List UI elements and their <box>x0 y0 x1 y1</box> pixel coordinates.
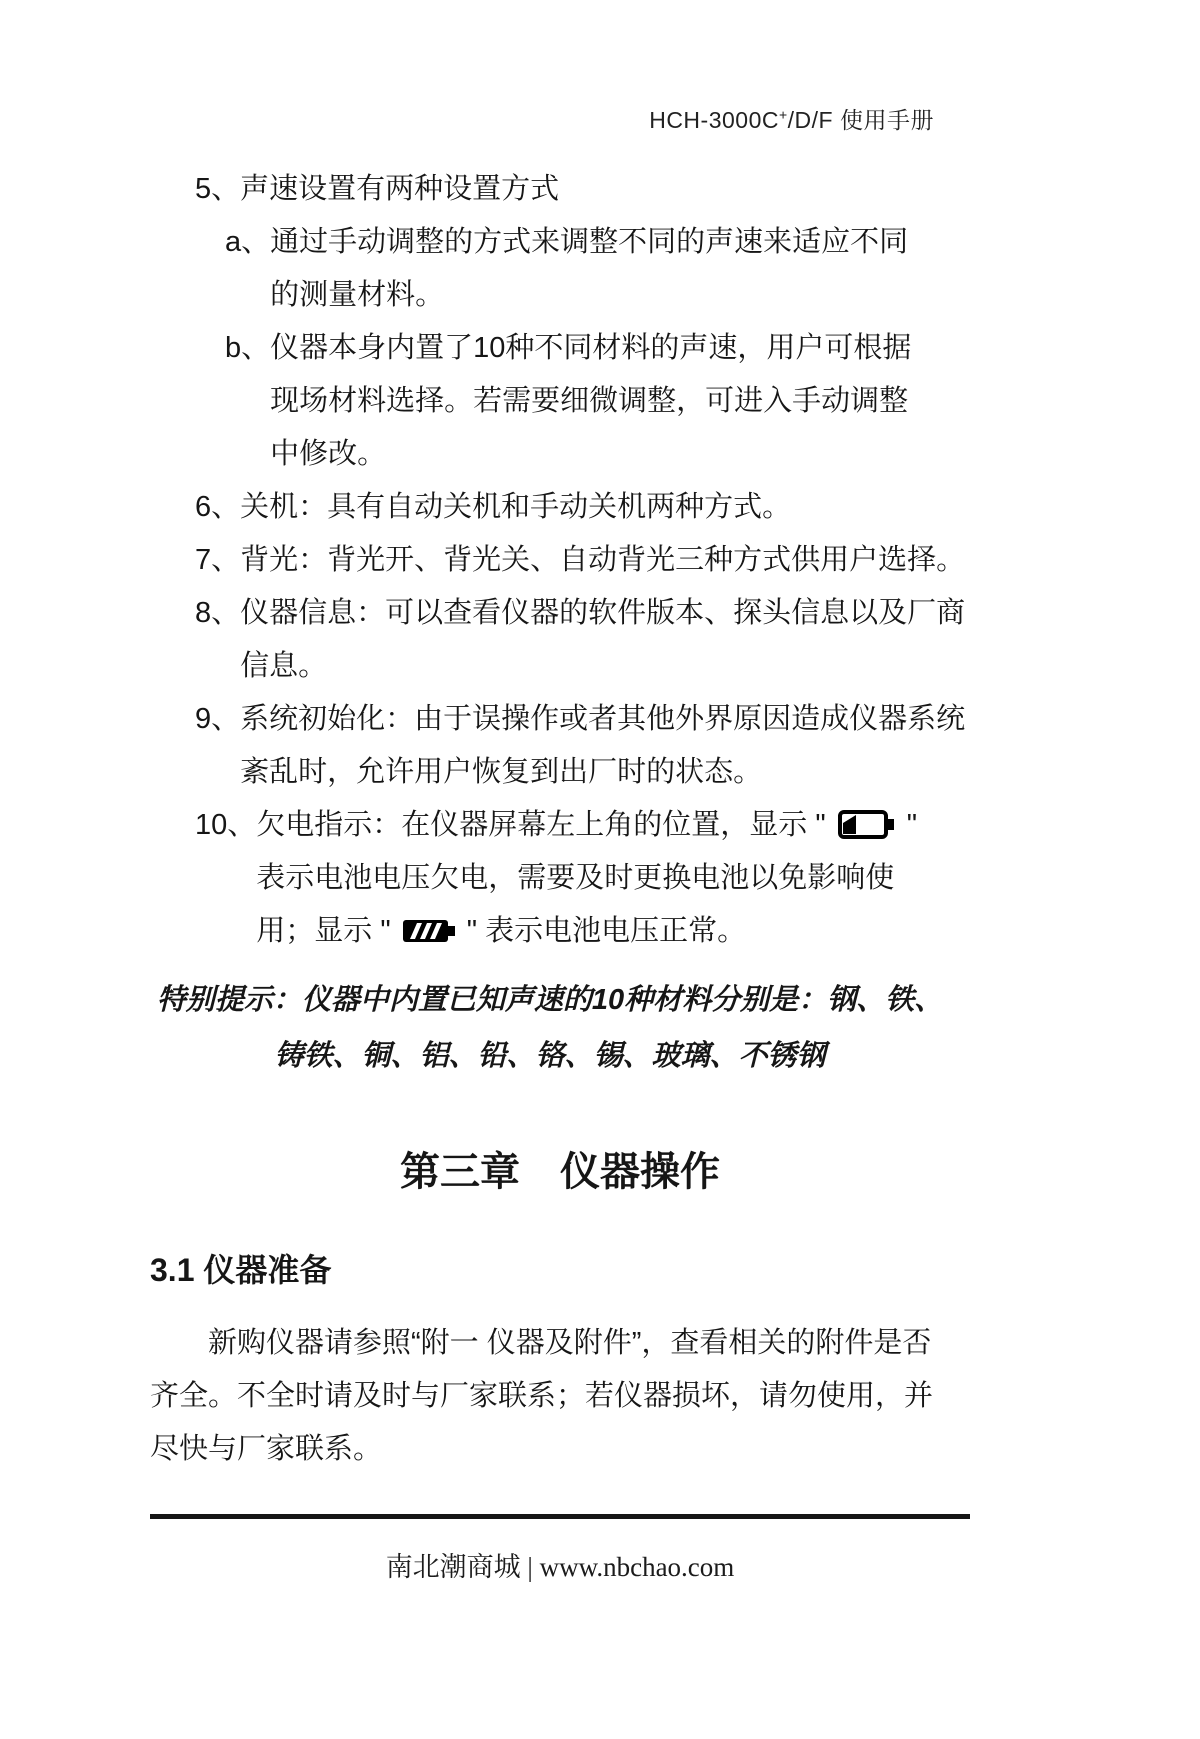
feature-list: 5、 声速设置有两种设置方式 a、 通过手动调整的方式来调整不同的声速来适应不同… <box>150 163 970 958</box>
full-battery-icon <box>403 917 455 945</box>
list-item-number: a、 <box>225 216 270 322</box>
section-title: 3.1 仪器准备 <box>150 1245 970 1291</box>
page-footer: 南北潮商城 | www.nbchao.com <box>150 1514 970 1584</box>
list-item-number: b、 <box>225 322 270 481</box>
list-item-number: 8、 <box>195 587 240 693</box>
doc-title-sup: + <box>779 106 788 122</box>
doc-title-model: HCH-3000C <box>649 107 779 133</box>
battery-text-segment: 欠电指示：在仪器屏幕左上角的位置，显示 " <box>256 809 833 841</box>
list-item-8: 8、 仪器信息：可以查看仪器的软件版本、探头信息以及厂商信息。 <box>195 587 970 693</box>
list-item-number: 9、 <box>195 693 240 799</box>
list-item-number: 10、 <box>195 799 256 958</box>
list-item-text: 通过手动调整的方式来调整不同的声速来适应不同的测量材料。 <box>270 216 912 322</box>
list-item-5a: a、 通过手动调整的方式来调整不同的声速来适应不同的测量材料。 <box>225 216 912 322</box>
list-item-number: 5、 <box>195 163 240 216</box>
list-item-text: 声速设置有两种设置方式 <box>240 163 970 216</box>
manual-page: HCH-3000C+/D/F 使用手册 5、 声速设置有两种设置方式 a、 通过… <box>0 0 1200 1739</box>
list-item-text: 系统初始化：由于误操作或者其他外界原因造成仪器系统紊乱时，允许用户恢复到出厂时的… <box>240 693 970 799</box>
chapter-title: 第三章 仪器操作 <box>150 1140 970 1197</box>
footer-text: 南北潮商城 | www.nbchao.com <box>150 1519 970 1584</box>
battery-text-segment: " 表示电池电压正常。 <box>459 915 746 947</box>
body-paragraph: 新购仪器请参照“附一 仪器及附件”，查看相关的附件是否齐全。不全时请及时与厂家联… <box>150 1317 950 1476</box>
low-battery-icon <box>838 809 895 839</box>
page-content: 5、 声速设置有两种设置方式 a、 通过手动调整的方式来调整不同的声速来适应不同… <box>150 163 970 1476</box>
list-item-text: 仪器信息：可以查看仪器的软件版本、探头信息以及厂商信息。 <box>240 587 970 693</box>
list-item-9: 9、 系统初始化：由于误操作或者其他外界原因造成仪器系统紊乱时，允许用户恢复到出… <box>195 693 970 799</box>
list-item-5: 5、 声速设置有两种设置方式 <box>195 163 970 216</box>
list-item-text: 欠电指示：在仪器屏幕左上角的位置，显示 " " 表示电池电压欠电，需要及时更换电… <box>256 799 946 958</box>
list-item-text: 背光：背光开、背光关、自动背光三种方式供用户选择。 <box>240 534 970 587</box>
doc-title-suffix: /D/F 使用手册 <box>788 107 934 133</box>
special-note: 特别提示：仪器中内置已知声速的10种材料分别是：钢、铁、铸铁、铜、铝、铅、铬、锡… <box>150 972 950 1084</box>
list-item-text: 关机：具有自动关机和手动关机两种方式。 <box>240 481 970 534</box>
list-item-text: 仪器本身内置了10种不同材料的声速，用户可根据现场材料选择。若需要细微调整，可进… <box>270 322 912 481</box>
list-item-6: 6、 关机：具有自动关机和手动关机两种方式。 <box>195 481 970 534</box>
list-item-5b: b、 仪器本身内置了10种不同材料的声速，用户可根据现场材料选择。若需要细微调整… <box>225 322 912 481</box>
list-item-10: 10、 欠电指示：在仪器屏幕左上角的位置，显示 " " 表示电池电压欠电，需要及… <box>195 799 970 958</box>
list-item-number: 6、 <box>195 481 240 534</box>
list-item-number: 7、 <box>195 534 240 587</box>
list-item-7: 7、 背光：背光开、背光关、自动背光三种方式供用户选择。 <box>195 534 970 587</box>
page-header: HCH-3000C+/D/F 使用手册 <box>0 0 934 135</box>
